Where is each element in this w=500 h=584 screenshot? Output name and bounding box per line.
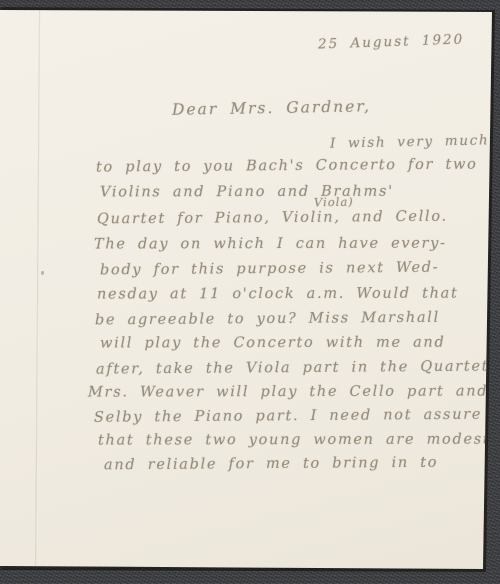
photo-background: 25 August 1920 Dear Mrs. Gardner, I wish… <box>0 0 500 584</box>
letter-line: nesday at 11 o'clock a.m. Would that <box>97 287 459 302</box>
letter-line: will play the Concerto with me and <box>100 336 445 351</box>
letter-line: to play to you Bach's Concerto for two <box>96 158 478 175</box>
paper-speck <box>41 271 44 275</box>
letter-salutation: Dear Mrs. Gardner, <box>172 99 371 118</box>
letter-line: and reliable for me to bring in to <box>104 456 438 473</box>
letter-date: 25 August 1920 <box>318 33 465 52</box>
letter-line: body for this purpose is next Wed- <box>100 261 439 278</box>
letter-line: after, take the Viola part in the Quarte… <box>96 359 496 377</box>
letter-line: Violins and Piano and Brahms' <box>100 185 394 200</box>
fold-crease <box>35 10 41 567</box>
letter-paper: 25 August 1920 Dear Mrs. Gardner, I wish… <box>0 0 500 584</box>
letter-line: be agreeable to you? Miss Marshall <box>95 311 440 328</box>
letter-line: The day on which I can have every- <box>94 237 447 252</box>
letter-opening-phrase: I wish very much <box>330 134 490 151</box>
letter-line: that these two young women are modest <box>98 432 490 448</box>
letter-line: Selby the Piano part. I need not assure … <box>94 407 500 425</box>
letter-line: Quartet for Piano, Violin, and Cello. <box>97 210 448 227</box>
letter-line: Mrs. Weaver will play the Cello part and <box>88 384 488 400</box>
